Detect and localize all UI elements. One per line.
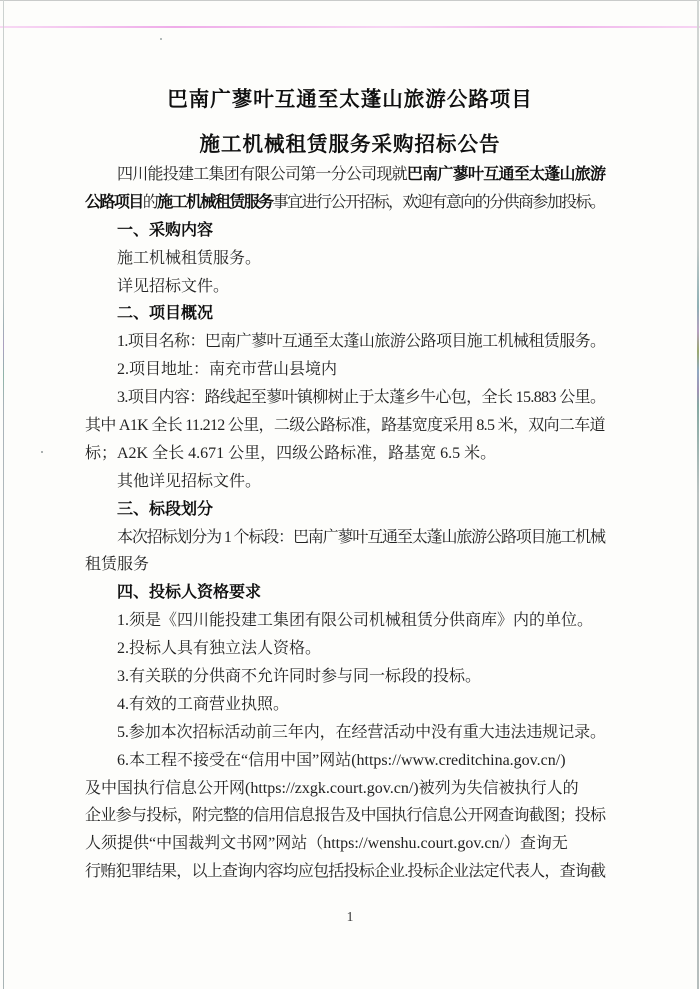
text-line: 2.投标人具有独立法人资格。 <box>85 635 606 663</box>
text-line: 1.项目名称：巴南广蓼叶互通至太蓬山旅游公路项目施工机械租赁服务。 <box>85 328 606 356</box>
text-line: 2.项目地址：南充市营山县境内 <box>85 356 606 384</box>
text-segment: 3.有关联的分供商不允许同时参与同一标段的投标。 <box>117 668 481 685</box>
text-segment: 本次招标划分为 1 个标段：巴南广蓼叶互通至太蓬山旅游公路项目施工机械 <box>117 529 605 546</box>
text-segment: 其中 A1K 全长 11.212 公里，二级公路标准，路基宽度采用 8.5 米，… <box>85 417 605 434</box>
text-line: 详见招标文件。 <box>85 273 606 301</box>
scan-speck <box>160 38 162 40</box>
text-segment: 施工机械租赁服务。 <box>117 250 261 267</box>
section-heading: 四、投标人资格要求 <box>85 579 606 607</box>
bold-text-segment: 巴南广蓼叶互通至太蓬山旅游 <box>407 166 605 183</box>
text-line: 3.有关联的分供商不允许同时参与同一标段的投标。 <box>85 663 606 691</box>
text-line: 租赁服务 <box>85 551 606 579</box>
text-line: 标；A2K 全长 4.671 公里，四级公路标准，路基宽 6.5 米。 <box>85 440 606 468</box>
text-segment: 4.有效的工商营业执照。 <box>117 696 289 713</box>
text-segment: 6.本工程不接受在“信用中国”网站(https://www.creditchin… <box>117 752 566 769</box>
text-line: 6.本工程不接受在“信用中国”网站(https://www.creditchin… <box>85 747 606 775</box>
text-segment: 及中国执行信息公开网(https://zxgk.court.gov.cn/)被列… <box>85 780 579 797</box>
doc-title-line: 施工机械租赁服务采购招标公告 <box>0 131 700 159</box>
document-title: 巴南广蓼叶互通至太蓬山旅游公路项目施工机械租赁服务采购招标公告 <box>0 86 700 159</box>
page-number: 1 <box>347 909 354 924</box>
text-segment: 四川能投建工集团有限公司第一分公司现就 <box>117 166 407 183</box>
section-heading: 一、采购内容 <box>85 217 606 245</box>
page-footer: 1 <box>0 908 700 926</box>
text-line: 其他详见招标文件。 <box>85 468 606 496</box>
text-segment: 租赁服务 <box>85 556 149 573</box>
bold-text-segment: 公路项目 <box>85 194 143 211</box>
text-segment: 二、项目概况 <box>117 305 213 322</box>
text-line: 3.项目内容：路线起至蓼叶镇柳树止于太蓬乡牛心包，全长 15.883 公里。 <box>85 384 606 412</box>
text-segment: 三、标段划分 <box>117 501 213 518</box>
scan-speck <box>41 451 43 453</box>
text-segment: 1.项目名称：巴南广蓼叶互通至太蓬山旅游公路项目施工机械租赁服务。 <box>117 333 605 350</box>
text-line: 1.须是《四川能投建工集团有限公司机械租赁分供商库》内的单位。 <box>85 607 606 635</box>
text-line: 5.参加本次招标活动前三年内，在经营活动中没有重大违法违规记录。 <box>85 719 606 747</box>
text-line: 人须提供“中国裁判文书网”网站（https://wenshu.court.gov… <box>85 830 606 858</box>
scan-top-edge-line <box>0 0 700 1</box>
text-segment: 其他详见招标文件。 <box>117 473 261 490</box>
text-segment: 人须提供“中国裁判文书网”网站（https://wenshu.court.gov… <box>85 835 568 852</box>
text-line: 本次招标划分为 1 个标段：巴南广蓼叶互通至太蓬山旅游公路项目施工机械 <box>85 524 606 552</box>
text-segment: 施工机械租赁服务采购招标公告 <box>200 134 501 156</box>
text-segment: 1.须是《四川能投建工集团有限公司机械租赁分供商库》内的单位。 <box>117 612 593 629</box>
doc-title-line: 巴南广蓼叶互通至太蓬山旅游公路项目 <box>0 86 700 114</box>
section-heading: 三、标段划分 <box>85 496 606 524</box>
bold-text-segment: 施工机械租赁服务 <box>157 194 272 211</box>
text-line: 四川能投建工集团有限公司第一分公司现就巴南广蓼叶互通至太蓬山旅游 <box>85 161 606 189</box>
scanned-document-page: { "page": { "background": "#fdfdfb", "ar… <box>0 0 700 989</box>
text-line: 公路项目的施工机械租赁服务事宜进行公开招标，欢迎有意向的分供商参加投标。 <box>85 189 606 217</box>
text-line: 其中 A1K 全长 11.212 公里，二级公路标准，路基宽度采用 8.5 米，… <box>85 412 606 440</box>
text-line: 企业参与投标，附完整的信用信息报告及中国执行信息公开网查询截图；投标 <box>85 802 606 830</box>
text-line: 施工机械租赁服务。 <box>85 245 606 273</box>
text-segment: 行贿犯罪结果，以上查询内容均应包括投标企业.投标企业法定代表人，查询截 <box>85 863 605 880</box>
text-segment: 的 <box>143 194 157 211</box>
text-segment: 2.项目地址：南充市营山县境内 <box>117 361 337 378</box>
text-segment: 5.参加本次招标活动前三年内，在经营活动中没有重大违法违规记录。 <box>117 724 606 741</box>
text-line: 行贿犯罪结果，以上查询内容均应包括投标企业.投标企业法定代表人，查询截 <box>85 858 606 886</box>
text-line: 4.有效的工商营业执照。 <box>85 691 606 719</box>
section-heading: 二、项目概况 <box>85 300 606 328</box>
scan-pink-line <box>0 26 700 28</box>
text-segment: 一、采购内容 <box>117 222 213 239</box>
document-body: 四川能投建工集团有限公司第一分公司现就巴南广蓼叶互通至太蓬山旅游公路项目的施工机… <box>85 161 606 886</box>
text-segment: 巴南广蓼叶互通至太蓬山旅游公路项目 <box>167 89 533 111</box>
text-segment: 企业参与投标，附完整的信用信息报告及中国执行信息公开网查询截图；投标 <box>85 807 605 824</box>
text-segment: 2.投标人具有独立法人资格。 <box>117 640 321 657</box>
text-segment: 四、投标人资格要求 <box>117 584 261 601</box>
text-segment: 3.项目内容：路线起至蓼叶镇柳树止于太蓬乡牛心包，全长 15.883 公里。 <box>117 389 605 406</box>
text-segment: 标；A2K 全长 4.671 公里，四级公路标准，路基宽 6.5 米。 <box>85 445 496 462</box>
text-line: 及中国执行信息公开网(https://zxgk.court.gov.cn/)被列… <box>85 775 606 803</box>
text-segment: 详见招标文件。 <box>117 278 229 295</box>
text-segment: 事宜进行公开招标，欢迎有意向的分供商参加投标。 <box>273 194 605 211</box>
